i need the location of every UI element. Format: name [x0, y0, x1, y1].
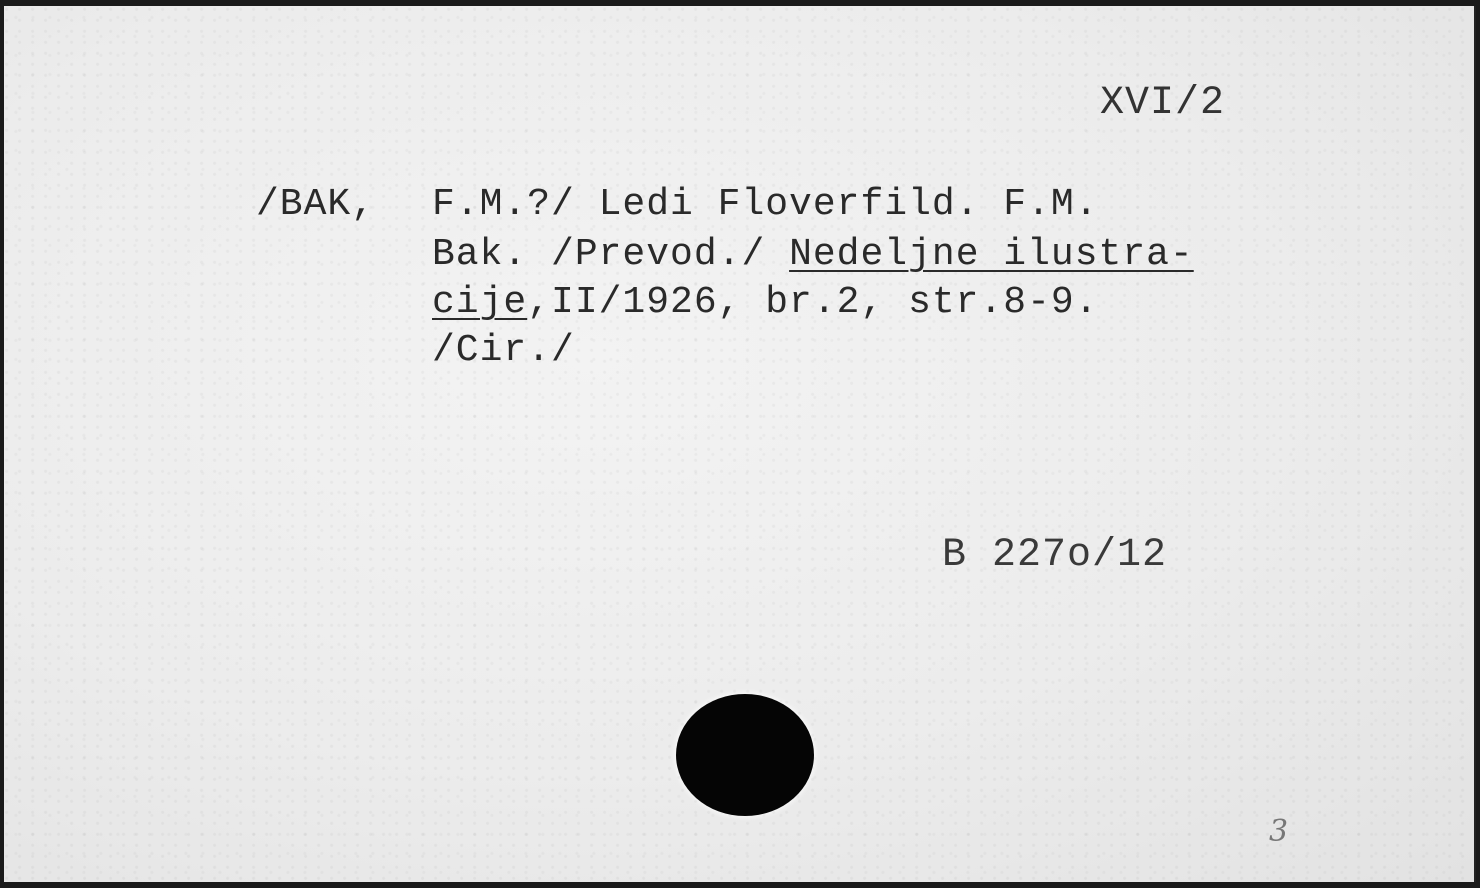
catalog-card: XVI/2 /BAK, F.M.?/ Ledi Floverfild. F.M.… [4, 6, 1476, 882]
entry-line-1: F.M.?/ Ledi Floverfild. F.M. [432, 186, 1099, 224]
periodical-title: Nedeljne ilustra- [789, 233, 1194, 276]
pencil-note: 3 [1269, 814, 1288, 849]
script-note: /Cir./ [432, 329, 575, 372]
entry-line-4: /Cir./ [432, 332, 575, 370]
punch-hole [676, 694, 814, 816]
call-number: B 227o/12 [942, 536, 1167, 576]
author-heading: /BAK, [256, 186, 375, 224]
entry-line-2: Bak. /Prevod./ Nedeljne ilustra- [432, 236, 1194, 274]
periodical-title-cont: cije [432, 281, 527, 324]
entry-line-1-text: F.M.?/ Ledi Floverfild. F.M. [432, 183, 1099, 226]
entry-line-3-text: cije,II/1926, br.2, str.8-9. [432, 281, 1099, 324]
entry-line-2-text: Bak. /Prevod./ Nedeljne ilustra- [432, 233, 1194, 276]
class-mark: XVI/2 [1100, 84, 1225, 124]
entry-line-3: cije,II/1926, br.2, str.8-9. [432, 284, 1099, 322]
